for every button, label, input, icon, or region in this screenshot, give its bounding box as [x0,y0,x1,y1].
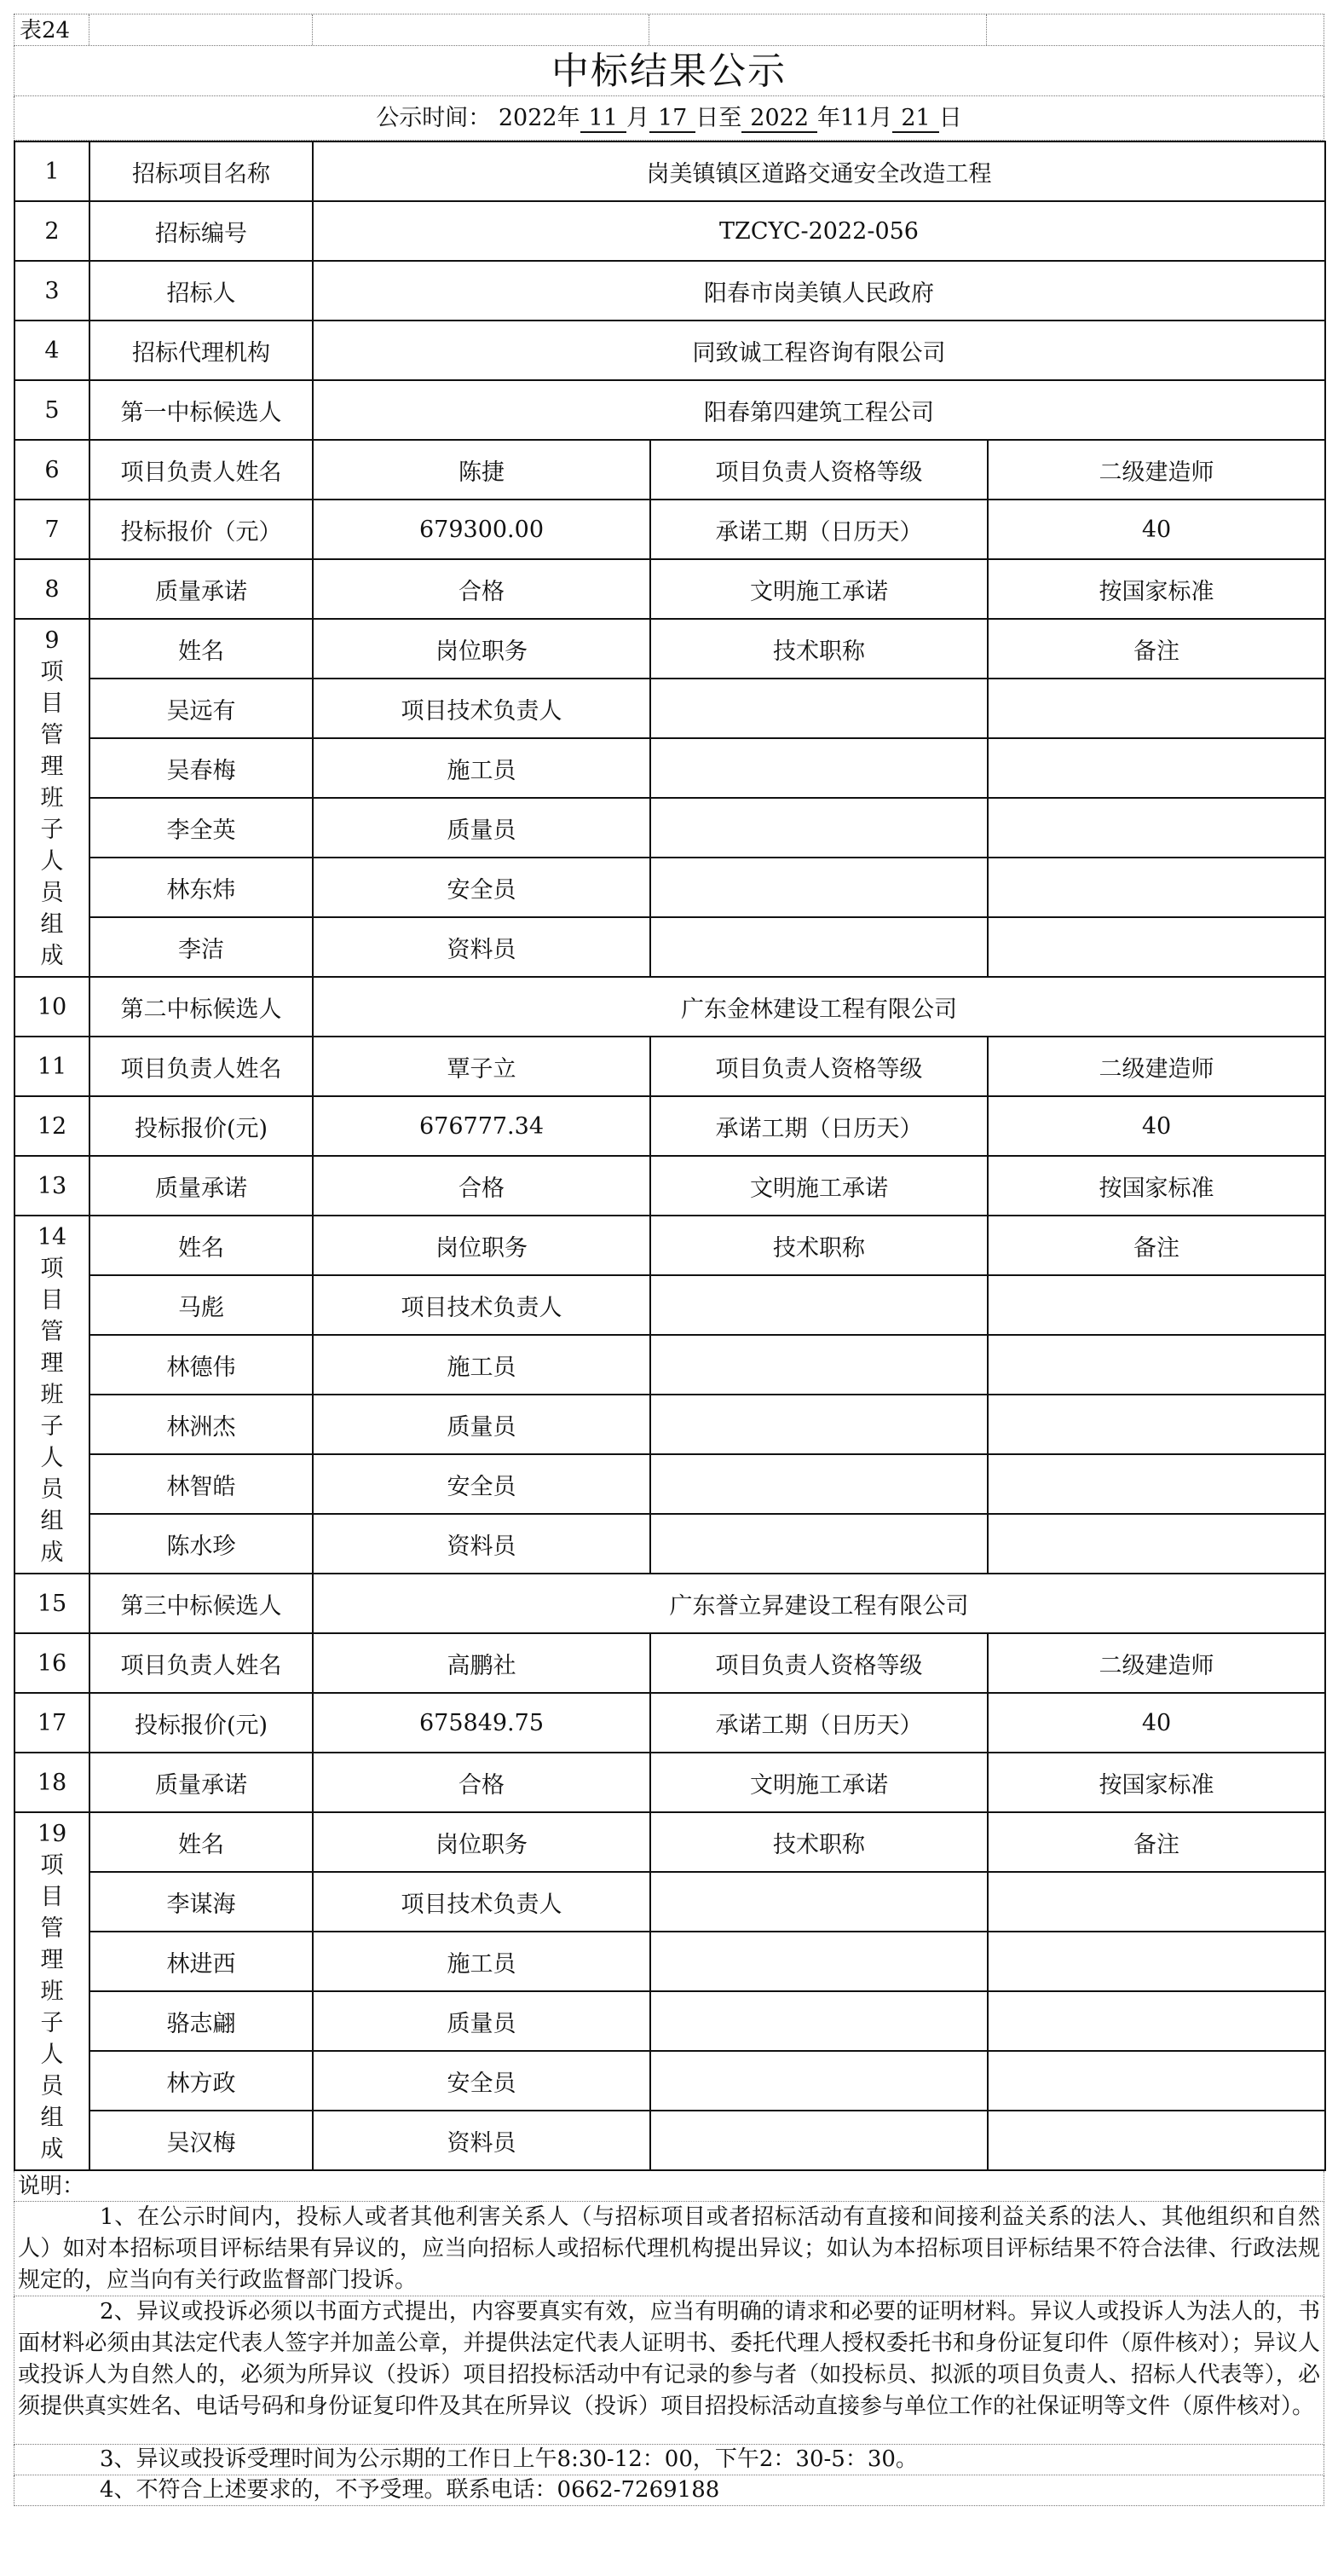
member-remark [988,1872,1325,1932]
member-remark [988,798,1325,858]
member-title [650,1991,988,2051]
header-blank-cell [313,14,649,45]
candidate-company: 阳春第四建筑工程公司 [313,380,1325,440]
member-role: 项目技术负责人 [313,1275,650,1335]
column-header-remark: 备注 [988,619,1325,679]
team-label-char: 项 [15,1253,89,1285]
member-title [650,1872,988,1932]
team-member-row: 林东炜安全员 [14,858,1325,917]
candidate-rank-label: 第二中标候选人 [89,977,313,1037]
team-header-row: 19项目管理班子人员组成姓名岗位职务技术职称备注 [14,1812,1325,1872]
member-remark [988,1932,1325,1991]
team-member-row: 李谋海项目技术负责人 [14,1872,1325,1932]
member-name: 李洁 [89,917,313,977]
member-role: 资料员 [313,917,650,977]
candidate-row: 15第三中标候选人广东誉立昇建设工程有限公司 [14,1574,1325,1633]
member-name: 陈水珍 [89,1514,313,1574]
field-label: 投标报价(元) [89,1096,313,1156]
member-remark [988,917,1325,977]
quality-commitment: 合格 [313,559,650,619]
project-manager-row: 16项目负责人姓名高鹏社项目负责人资格等级二级建造师 [14,1633,1325,1693]
row-number: 14 [15,1222,89,1253]
row-number: 1 [14,142,89,201]
member-title [650,798,988,858]
end-year: 2022 [741,105,817,133]
team-label-char: 组 [15,2102,89,2134]
member-title [650,1514,988,1574]
team-member-row: 骆志翩质量员 [14,1991,1325,2051]
member-name: 吴远有 [89,679,313,738]
member-title [650,1275,988,1335]
construction-period: 40 [988,1096,1325,1156]
member-name: 骆志翩 [89,1991,313,2051]
team-member-row: 林进西施工员 [14,1932,1325,1991]
field-value: TZCYC-2022-056 [313,201,1325,261]
member-role: 施工员 [313,1932,650,1991]
row-number: 16 [14,1633,89,1693]
row-number: 8 [14,559,89,619]
member-role: 安全员 [313,1454,650,1514]
column-header-remark: 备注 [988,1216,1325,1275]
field-label: 招标代理机构 [89,321,313,380]
candidate-row: 10第二中标候选人广东金林建设工程有限公司 [14,977,1325,1037]
result-table: 1招标项目名称岗美镇镇区道路交通安全改造工程2招标编号TZCYC-2022-05… [14,141,1326,2171]
member-role: 项目技术负责人 [313,1872,650,1932]
field-label: 招标人 [89,261,313,321]
note-2: 2、异议或投诉必须以书面方式提出，内容要真实有效，应当有明确的请求和必要的证明材… [14,2296,1324,2445]
notes-section: 说明： 1、在公示时间内，投标人或者其他利害关系人（与招标项目或者招标活动有直接… [14,2171,1324,2506]
member-role: 安全员 [313,2051,650,2111]
team-group-label: 19项目管理班子人员组成 [14,1812,89,2170]
project-manager-name: 覃子立 [313,1037,650,1096]
header-blank-cell [649,14,986,45]
team-label-char: 人 [15,2039,89,2071]
row-number: 12 [14,1096,89,1156]
candidate-row: 5第一中标候选人阳春第四建筑工程公司 [14,380,1325,440]
day-char: 日 [939,105,962,131]
row-number: 7 [14,500,89,559]
row-number: 17 [14,1693,89,1753]
team-label-char: 子 [15,1411,89,1442]
basic-info-row: 4招标代理机构同致诚工程咨询有限公司 [14,321,1325,380]
candidate-company: 广东金林建设工程有限公司 [313,977,1325,1037]
quality-commitment: 合格 [313,1753,650,1812]
quality-commitment: 合格 [313,1156,650,1216]
bid-price: 679300.00 [313,500,650,559]
team-header-row: 14项目管理班子人员组成姓名岗位职务技术职称备注 [14,1216,1325,1275]
qualification-grade: 二级建造师 [988,440,1325,500]
row-number: 2 [14,201,89,261]
member-remark [988,2051,1325,2111]
member-title [650,858,988,917]
member-title [650,679,988,738]
field-label: 文明施工承诺 [650,559,988,619]
project-manager-name: 高鹏社 [313,1633,650,1693]
member-role: 质量员 [313,798,650,858]
field-label: 项目负责人姓名 [89,440,313,500]
team-member-row: 李洁资料员 [14,917,1325,977]
member-remark [988,1395,1325,1454]
column-header-title: 技术职称 [650,1812,988,1872]
row-number: 18 [14,1753,89,1812]
team-label-char: 组 [15,1505,89,1537]
field-label: 招标项目名称 [89,142,313,201]
to-text: 日至 [695,105,741,131]
member-role: 施工员 [313,1335,650,1395]
field-label: 质量承诺 [89,559,313,619]
team-group-label: 14项目管理班子人员组成 [14,1216,89,1574]
field-label: 投标报价(元) [89,1693,313,1753]
member-remark [988,738,1325,798]
field-value: 同致诚工程咨询有限公司 [313,321,1325,380]
start-day: 17 [649,105,695,133]
team-member-row: 李全英质量员 [14,798,1325,858]
team-member-row: 吴春梅施工员 [14,738,1325,798]
end-month: 年11月 [817,105,892,131]
team-label-char: 员 [15,2071,89,2102]
member-title [650,738,988,798]
team-label-char: 目 [15,1881,89,1913]
field-label: 承诺工期（日历天） [650,1096,988,1156]
column-header-title: 技术职称 [650,619,988,679]
member-title [650,1335,988,1395]
row-number: 6 [14,440,89,500]
table-label: 表24 [14,14,89,45]
column-header-role: 岗位职务 [313,1216,650,1275]
row-number: 13 [14,1156,89,1216]
row-number: 11 [14,1037,89,1096]
member-remark [988,679,1325,738]
member-title [650,1932,988,1991]
team-label-char: 成 [15,2134,89,2165]
field-label: 项目负责人资格等级 [650,1633,988,1693]
team-label-char: 目 [15,688,89,719]
field-label: 质量承诺 [89,1156,313,1216]
team-member-row: 林洲杰质量员 [14,1395,1325,1454]
field-label: 承诺工期（日历天） [650,1693,988,1753]
civil-construction-commitment: 按国家标准 [988,559,1325,619]
team-label-char: 人 [15,846,89,877]
team-label-char: 成 [15,940,89,972]
member-name: 林智皓 [89,1454,313,1514]
member-title [650,2111,988,2170]
team-label-char: 成 [15,1537,89,1568]
member-role: 施工员 [313,738,650,798]
header-blank-cell [89,14,313,45]
column-header-role: 岗位职务 [313,1812,650,1872]
field-label: 承诺工期（日历天） [650,500,988,559]
column-header-name: 姓名 [89,1216,313,1275]
team-member-row: 马彪项目技术负责人 [14,1275,1325,1335]
team-member-row: 林德伟施工员 [14,1335,1325,1395]
page-title: 中标结果公示 [14,46,1324,96]
publicity-period: 公示时间： 2022年11月17日至2022年11月21日 [14,96,1324,141]
team-label-char: 班 [15,783,89,814]
notes-label: 说明： [14,2171,1324,2202]
member-name: 李全英 [89,798,313,858]
note-4: 4、不符合上述要求的，不予受理。联系电话：0662-7269188 [14,2475,1324,2506]
team-member-row: 吴远有项目技术负责人 [14,679,1325,738]
quality-row: 8质量承诺合格文明施工承诺按国家标准 [14,559,1325,619]
qualification-grade: 二级建造师 [988,1037,1325,1096]
member-role: 资料员 [313,2111,650,2170]
row-number: 9 [15,625,89,656]
field-label: 项目负责人资格等级 [650,1037,988,1096]
member-name: 林东炜 [89,858,313,917]
team-label-char: 理 [15,1944,89,1976]
member-remark [988,1991,1325,2051]
member-title [650,1395,988,1454]
qualification-grade: 二级建造师 [988,1633,1325,1693]
member-title [650,917,988,977]
team-label-char: 员 [15,877,89,909]
basic-info-row: 2招标编号TZCYC-2022-056 [14,201,1325,261]
month-char: 月 [626,105,649,131]
quality-row: 13质量承诺合格文明施工承诺按国家标准 [14,1156,1325,1216]
bid-price-row: 17投标报价(元)675849.75承诺工期（日历天）40 [14,1693,1325,1753]
member-remark [988,1335,1325,1395]
column-header-remark: 备注 [988,1812,1325,1872]
team-label-char: 班 [15,1976,89,2007]
member-name: 吴汉梅 [89,2111,313,2170]
team-member-row: 林智皓安全员 [14,1454,1325,1514]
member-remark [988,1454,1325,1514]
member-title [650,2051,988,2111]
field-label: 文明施工承诺 [650,1753,988,1812]
field-value: 阳春市岗美镇人民政府 [313,261,1325,321]
team-label-char: 项 [15,656,89,688]
team-label-char: 人 [15,1442,89,1474]
team-member-row: 林方政安全员 [14,2051,1325,2111]
start-month: 11 [580,105,626,133]
team-label-char: 理 [15,751,89,783]
member-name: 马彪 [89,1275,313,1335]
row-number: 10 [14,977,89,1037]
candidate-rank-label: 第三中标候选人 [89,1574,313,1633]
field-label: 投标报价（元） [89,500,313,559]
civil-construction-commitment: 按国家标准 [988,1156,1325,1216]
construction-period: 40 [988,500,1325,559]
team-label-char: 管 [15,1316,89,1348]
team-label-char: 组 [15,909,89,940]
member-role: 质量员 [313,1991,650,2051]
note-3: 3、异议或投诉受理时间为公示期的工作日上午8:30-12：00，下午2：30-5… [14,2445,1324,2475]
date-prefix: 公示时间： [376,105,491,131]
bid-result-sheet: 表24 中标结果公示 公示时间： 2022年11月17日至2022年11月21日… [14,14,1324,2506]
member-name: 李谋海 [89,1872,313,1932]
member-name: 林洲杰 [89,1395,313,1454]
team-label-char: 子 [15,2007,89,2039]
basic-info-row: 1招标项目名称岗美镇镇区道路交通安全改造工程 [14,142,1325,201]
row-number: 4 [14,321,89,380]
row-number: 15 [14,1574,89,1633]
construction-period: 40 [988,1693,1325,1753]
member-remark [988,858,1325,917]
field-label: 项目负责人姓名 [89,1633,313,1693]
field-value: 岗美镇镇区道路交通安全改造工程 [313,142,1325,201]
end-day: 21 [892,105,938,133]
member-name: 林进西 [89,1932,313,1991]
column-header-title: 技术职称 [650,1216,988,1275]
project-manager-name: 陈捷 [313,440,650,500]
column-header-role: 岗位职务 [313,619,650,679]
member-remark [988,1514,1325,1574]
field-label: 项目负责人资格等级 [650,440,988,500]
bid-price: 676777.34 [313,1096,650,1156]
field-label: 项目负责人姓名 [89,1037,313,1096]
bid-price-row: 7投标报价（元）679300.00承诺工期（日历天）40 [14,500,1325,559]
team-label-char: 班 [15,1379,89,1411]
candidate-rank-label: 第一中标候选人 [89,380,313,440]
team-label-char: 子 [15,814,89,846]
candidate-company: 广东誉立昇建设工程有限公司 [313,1574,1325,1633]
civil-construction-commitment: 按国家标准 [988,1753,1325,1812]
member-name: 林德伟 [89,1335,313,1395]
team-member-row: 陈水珍资料员 [14,1514,1325,1574]
member-role: 质量员 [313,1395,650,1454]
note-1: 1、在公示时间内，投标人或者其他利害关系人（与招标项目或者招标活动有直接和间接利… [14,2202,1324,2296]
team-label-char: 目 [15,1285,89,1316]
team-label-char: 项 [15,1850,89,1881]
team-header-row: 9项目管理班子人员组成姓名岗位职务技术职称备注 [14,619,1325,679]
team-label-char: 理 [15,1348,89,1379]
bid-price-row: 12投标报价(元)676777.34承诺工期（日历天）40 [14,1096,1325,1156]
basic-info-row: 3招标人阳春市岗美镇人民政府 [14,261,1325,321]
team-label-char: 员 [15,1474,89,1505]
project-manager-row: 11项目负责人姓名覃子立项目负责人资格等级二级建造师 [14,1037,1325,1096]
team-label-char: 管 [15,1913,89,1944]
member-remark [988,1275,1325,1335]
bid-price: 675849.75 [313,1693,650,1753]
row-number: 5 [14,380,89,440]
project-manager-row: 6项目负责人姓名陈捷项目负责人资格等级二级建造师 [14,440,1325,500]
member-role: 资料员 [313,1514,650,1574]
member-name: 吴春梅 [89,738,313,798]
member-name: 林方政 [89,2051,313,2111]
member-role: 项目技术负责人 [313,679,650,738]
field-label: 文明施工承诺 [650,1156,988,1216]
column-header-name: 姓名 [89,1812,313,1872]
field-label: 招标编号 [89,201,313,261]
member-role: 安全员 [313,858,650,917]
start-year: 2022年 [499,105,580,131]
sheet-header-row: 表24 [14,14,1324,46]
team-group-label: 9项目管理班子人员组成 [14,619,89,977]
row-number: 19 [15,1818,89,1850]
member-title [650,1454,988,1514]
header-blank-cell [987,14,1324,45]
team-label-char: 管 [15,719,89,751]
member-remark [988,2111,1325,2170]
column-header-name: 姓名 [89,619,313,679]
row-number: 3 [14,261,89,321]
team-member-row: 吴汉梅资料员 [14,2111,1325,2170]
field-label: 质量承诺 [89,1753,313,1812]
quality-row: 18质量承诺合格文明施工承诺按国家标准 [14,1753,1325,1812]
